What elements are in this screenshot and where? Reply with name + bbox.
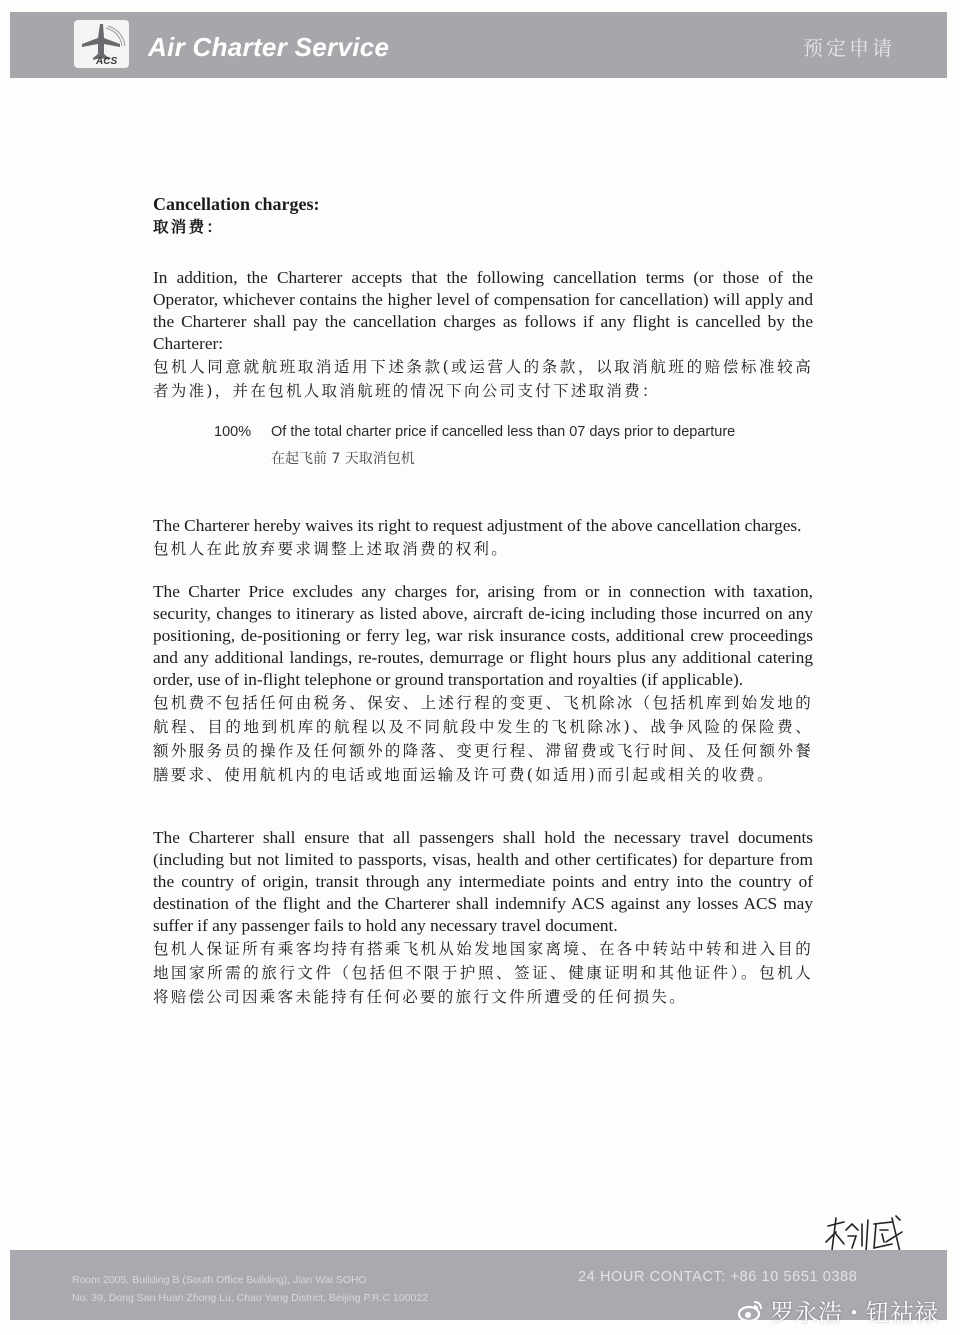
letterhead-header: ACS Air Charter Service 预定申请 xyxy=(10,12,947,78)
intro-paragraph: In addition, the Charterer accepts that … xyxy=(153,267,813,403)
waiver-text-en: The Charterer hereby waives its right to… xyxy=(153,515,813,537)
exclusions-text-en: The Charter Price excludes any charges f… xyxy=(153,581,813,691)
documents-text-en: The Charterer shall ensure that all pass… xyxy=(153,827,813,937)
weibo-icon xyxy=(738,1299,764,1323)
documents-paragraph: The Charterer shall ensure that all pass… xyxy=(153,827,813,1009)
intro-text-cn: 包机人同意就航班取消适用下述条款(或运营人的条款，以取消航班的赔偿标准较高者为准… xyxy=(153,355,813,403)
address-line-1: Room 2005, Building B (South Office Buil… xyxy=(72,1271,428,1289)
exclusions-paragraph: The Charter Price excludes any charges f… xyxy=(153,581,813,787)
section-title-cn: 取消费： xyxy=(153,215,813,239)
section-title-en: Cancellation charges: xyxy=(153,193,813,215)
airplane-icon: ACS xyxy=(76,22,127,66)
watermark-text: 罗永浩・钮祜禄 xyxy=(770,1293,938,1328)
address-line-2: No. 39, Dong San Huan Zhong Lu, Chao Yan… xyxy=(72,1289,428,1307)
term-percent: 100% xyxy=(214,424,251,440)
documents-text-cn: 包机人保证所有乘客均持有搭乘飞机从始发地国家离境、在各中转站中转和进入目的地国家… xyxy=(153,937,813,1009)
weibo-watermark: 罗永浩・钮祜禄 xyxy=(738,1293,938,1328)
document-body-continued: The Charterer hereby waives its right to… xyxy=(153,515,813,1009)
document-body: Cancellation charges: 取消费： In addition, … xyxy=(153,193,813,403)
waiver-paragraph: The Charterer hereby waives its right to… xyxy=(153,515,813,561)
term-description-cn: 在起飞前 7 天取消包机 xyxy=(271,448,415,468)
contact-phone: 24 HOUR CONTACT: +86 10 5651 0388 xyxy=(578,1269,857,1285)
acs-logo: ACS xyxy=(74,20,129,68)
intro-text-en: In addition, the Charterer accepts that … xyxy=(153,267,813,355)
svg-text:ACS: ACS xyxy=(95,56,117,66)
waiver-text-cn: 包机人在此放弃要求调整上述取消费的权利。 xyxy=(153,537,813,561)
term-description-en: Of the total charter price if cancelled … xyxy=(271,424,735,440)
office-address: Room 2005, Building B (South Office Buil… xyxy=(72,1271,428,1307)
brand-title: Air Charter Service xyxy=(148,32,389,63)
document-type-label: 预定申请 xyxy=(803,32,895,61)
exclusions-text-cn: 包机费不包括任何由税务、保安、上述行程的变更、飞机除冰（包括机库到始发地的航程、… xyxy=(153,691,813,787)
